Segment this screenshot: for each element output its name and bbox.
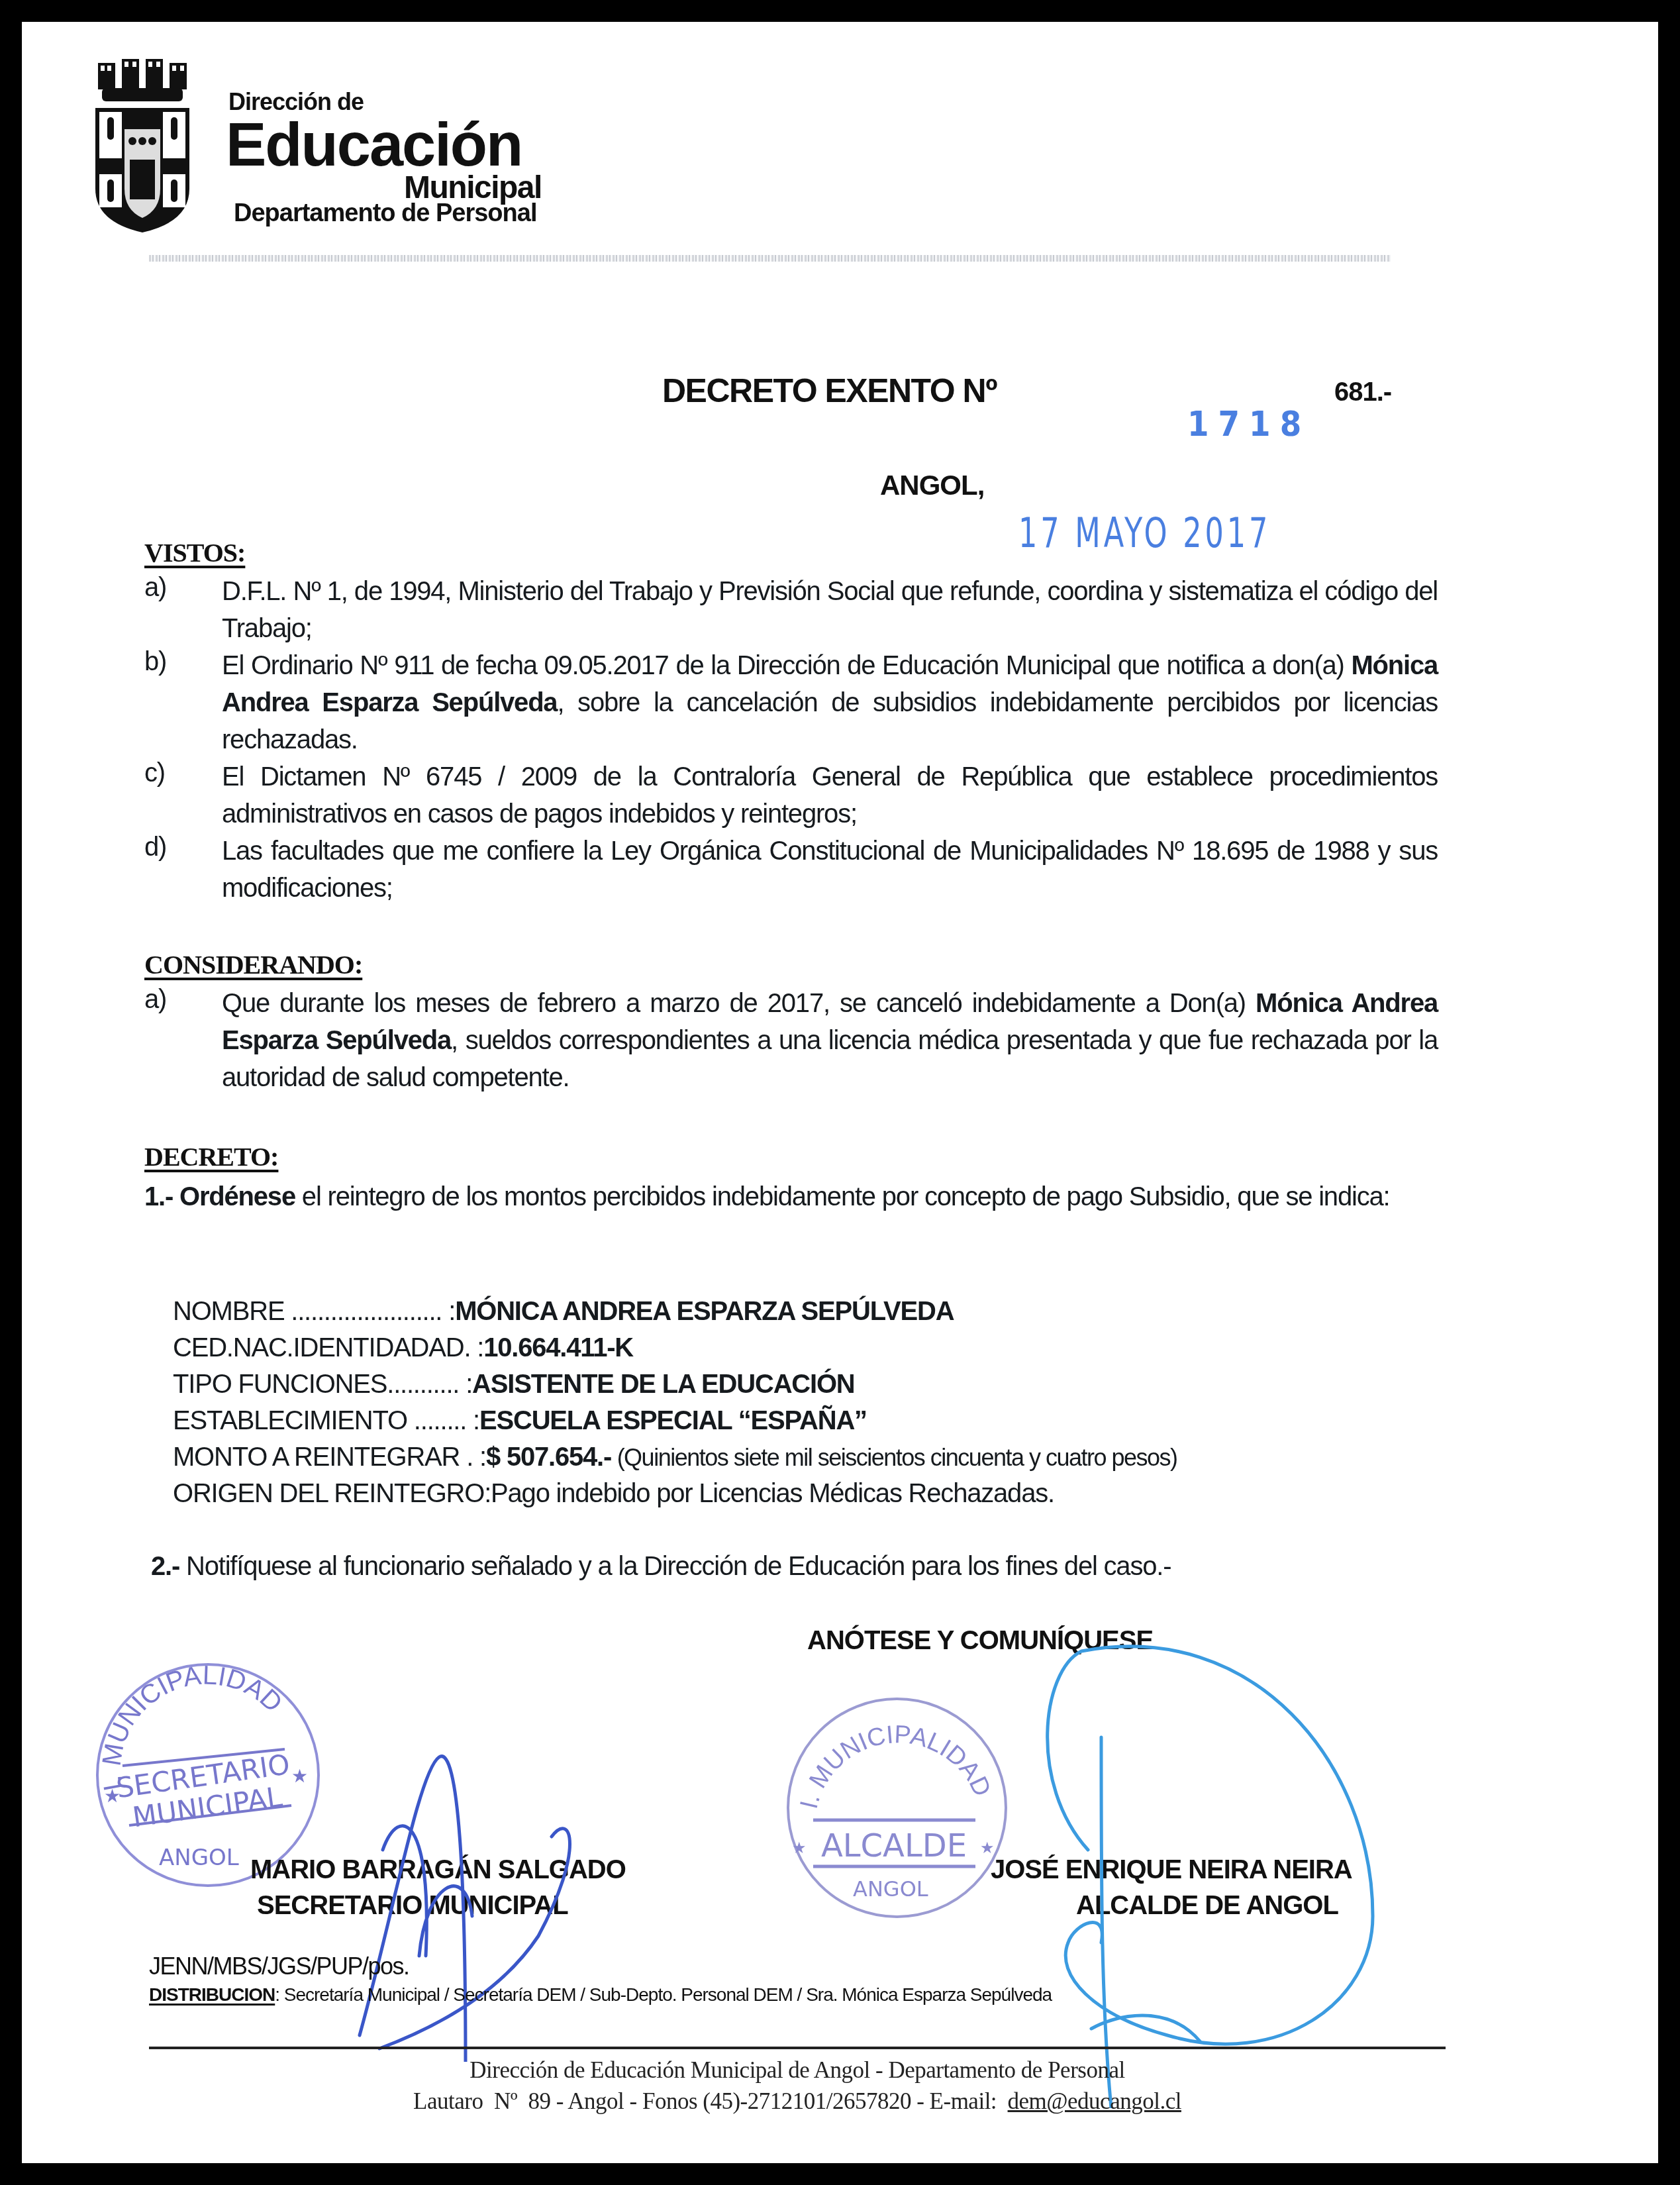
seal-top-text: I. MUNICIPALIDAD bbox=[795, 1721, 997, 1811]
point-number: 2.- bbox=[151, 1552, 179, 1581]
decreto-point-2: 2.- Notifíquese al funcionario señalado … bbox=[151, 1552, 1171, 1582]
considerando-item-a: a) Que durante los meses de febrero a ma… bbox=[144, 985, 1438, 1096]
header-title: Educación bbox=[226, 115, 522, 176]
distribution-label: DISTRIBUCION bbox=[149, 1984, 275, 2005]
point-text: el reintegro de los montos percibidos in… bbox=[295, 1182, 1389, 1211]
decree-title: DECRETO EXENTO Nº bbox=[662, 372, 997, 410]
field-label: ORIGEN DEL REINTEGRO: bbox=[173, 1476, 491, 1512]
svg-text:I. MUNICIPALIDAD: I. MUNICIPALIDAD bbox=[795, 1721, 997, 1811]
svg-text:★: ★ bbox=[104, 1785, 121, 1807]
item-marker: d) bbox=[144, 833, 166, 862]
initials: JENN/MBS/JGS/PUP/pos. bbox=[149, 1953, 409, 1980]
item-text: El Dictamen Nº 6745 / 2009 de la Contral… bbox=[222, 758, 1438, 833]
vistos-heading: VISTOS: bbox=[144, 537, 245, 568]
item-marker: b) bbox=[144, 647, 166, 677]
signature-right-icon bbox=[1002, 1631, 1452, 2108]
considerando-heading: CONSIDERANDO: bbox=[144, 949, 362, 980]
item-text: Las facultades que me confiere la Ley Or… bbox=[222, 833, 1438, 907]
field-row-origin: ORIGEN DEL REINTEGRO: Pago indebido por … bbox=[173, 1476, 1177, 1512]
decreto-heading: DECRETO: bbox=[144, 1141, 278, 1172]
amount-in-words: (Quinientos siete mil seiscientos cincue… bbox=[611, 1444, 1177, 1471]
footer-line-2: Lautaro Nº 89 - Angol - Fonos (45)-27121… bbox=[149, 2088, 1446, 2115]
distribution: DISTRIBUCION: Secretaría Municipal / Sec… bbox=[149, 1984, 1052, 2006]
field-row-amount: MONTO A REINTEGRAR . : $ 507.654.- (Quin… bbox=[173, 1439, 1177, 1476]
point-text: Notifíquese al funcionario señalado y a … bbox=[179, 1552, 1171, 1581]
seal-bottom-text: ANGOL bbox=[853, 1876, 928, 1902]
footer-address: Lautaro Nº 89 - Angol - Fonos (45)-27121… bbox=[413, 2088, 1007, 2114]
date-stamp: 17 MAYO 2017 bbox=[1018, 509, 1271, 557]
field-label: CED.NAC.IDENTIDADAD. : bbox=[173, 1330, 483, 1366]
item-text: El Ordinario Nº 911 de fecha 09.05.2017 … bbox=[222, 651, 1351, 680]
field-value: ASISTENTE DE LA EDUCACIÓN bbox=[472, 1370, 854, 1399]
seal-ring-icon: I. MUNICIPALIDAD SECRETARIO MUNICIPAL ★ … bbox=[96, 1663, 315, 1882]
city-label: ANGOL, bbox=[880, 470, 984, 501]
vistos-item-d: d) Las facultades que me confiere la Ley… bbox=[144, 833, 1438, 907]
svg-text:★: ★ bbox=[792, 1839, 807, 1857]
item-text: D.F.L. Nº 1, de 1994, Ministerio del Tra… bbox=[222, 573, 1438, 647]
decreto-point-1: 1.- Ordénese el reintegro de los montos … bbox=[144, 1178, 1438, 1215]
distribution-list: : Secretaría Municipal / Secretaría DEM … bbox=[275, 1984, 1052, 2005]
decree-number: 681.- bbox=[1334, 378, 1391, 407]
field-label: MONTO A REINTEGRAR . : bbox=[173, 1439, 486, 1476]
item-marker: a) bbox=[144, 573, 166, 603]
footer-email-link[interactable]: dem@educangol.cl bbox=[1008, 2088, 1181, 2114]
signature-left-icon bbox=[300, 1717, 697, 2062]
field-value: MÓNICA ANDREA ESPARZA SEPÚLVEDA bbox=[455, 1297, 954, 1326]
item-marker: a) bbox=[144, 985, 166, 1015]
item-marker: c) bbox=[144, 758, 165, 788]
field-label: TIPO FUNCIONES........... : bbox=[173, 1366, 472, 1403]
field-row-id: CED.NAC.IDENTIDADAD. : 10.664.411-K bbox=[173, 1330, 1177, 1366]
point-number: 1.- bbox=[144, 1182, 173, 1211]
footer-line-1: Dirección de Educación Municipal de Ango… bbox=[149, 2057, 1446, 2084]
secretario-seal: I. MUNICIPALIDAD SECRETARIO MUNICIPAL ★ … bbox=[96, 1663, 320, 1887]
field-value: 10.664.411-K bbox=[483, 1333, 633, 1362]
document-page: Dirección de Educación Municipal Departa… bbox=[22, 22, 1658, 2163]
point-verb: Ordénese bbox=[179, 1182, 295, 1211]
field-value: Pago indebido por Licencias Médicas Rech… bbox=[491, 1479, 1054, 1508]
field-row-name: NOMBRE ....................... : MÓNICA … bbox=[173, 1294, 1177, 1330]
header-divider bbox=[149, 255, 1391, 262]
alcalde-seal: I. MUNICIPALIDAD ALCALDE ★ ★ ANGOL bbox=[787, 1698, 1007, 1918]
reimbursement-details: NOMBRE ....................... : MÓNICA … bbox=[173, 1294, 1177, 1512]
svg-text:★: ★ bbox=[980, 1839, 995, 1857]
field-label: ESTABLECIMIENTO ........ : bbox=[173, 1403, 479, 1439]
item-text: Que durante los meses de febrero a marzo… bbox=[222, 989, 1256, 1018]
number-stamp: 1718 bbox=[1187, 405, 1310, 444]
field-row-establishment: ESTABLECIMIENTO ........ : ESCUELA ESPEC… bbox=[173, 1403, 1177, 1439]
field-value: $ 507.654.- bbox=[486, 1443, 611, 1472]
vistos-item-b: b) El Ordinario Nº 911 de fecha 09.05.20… bbox=[144, 647, 1438, 758]
footer-rule bbox=[149, 2047, 1446, 2049]
seal-bottom-text: ANGOL bbox=[159, 1845, 239, 1871]
coat-of-arms-icon bbox=[93, 56, 192, 235]
field-row-function: TIPO FUNCIONES........... : ASISTENTE DE… bbox=[173, 1366, 1177, 1403]
vistos-item-a: a) D.F.L. Nº 1, de 1994, Ministerio del … bbox=[144, 573, 1438, 647]
vistos-item-c: c) El Dictamen Nº 6745 / 2009 de la Cont… bbox=[144, 758, 1438, 833]
field-label: NOMBRE ....................... : bbox=[173, 1294, 455, 1330]
field-value: ESCUELA ESPECIAL “ESPAÑA” bbox=[479, 1406, 867, 1435]
seal-mid-text: ALCALDE bbox=[821, 1827, 967, 1864]
header-department: Departamento de Personal bbox=[234, 201, 536, 226]
